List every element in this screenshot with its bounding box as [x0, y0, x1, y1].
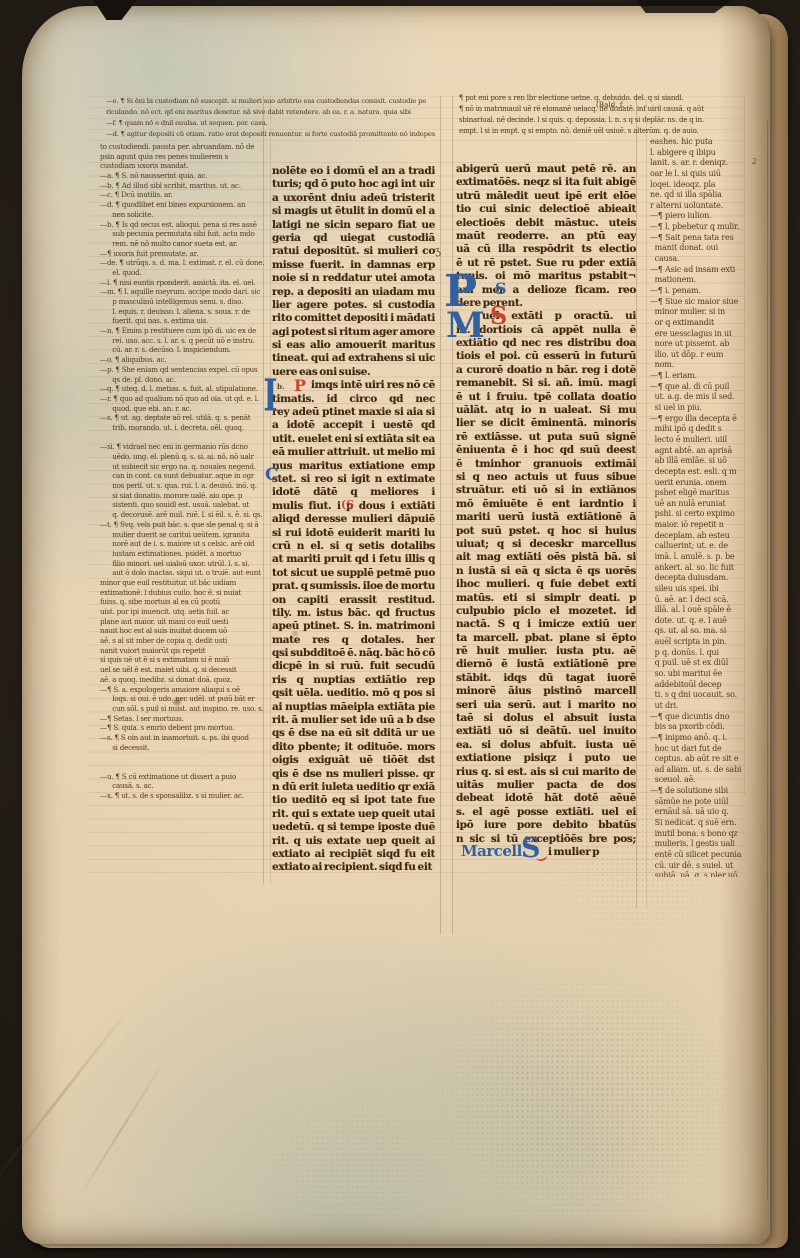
text-line: —x. ¶ ut. s. de s sponsalibz. s si mulie… — [100, 791, 272, 801]
text-line: turis; qd ō puto hoc agi int uir — [272, 178, 435, 191]
text-line: s. el agē posse extiāti. uel ei — [456, 806, 636, 819]
text-line: ta marcell. pbat. plane si ēpto — [456, 632, 636, 645]
text-line: extiato ai recipiēt siqd fu eit — [272, 848, 435, 861]
foredge-crease — [767, 120, 768, 1200]
text-line: quod. que ebi. an. r. ac. — [100, 404, 272, 414]
text-line: —u. ¶ S cū extimatione ut dissert a puio — [100, 772, 272, 782]
text-line: stābit. idqs dū tagat iuorē — [456, 672, 636, 685]
text-line: manit donat. oui — [650, 243, 750, 254]
text-line: a uxorēnt dniu adeū tristerit — [272, 192, 435, 205]
text-line: q. decorusē. arē nuil. ruē. l. si ēil. s… — [100, 510, 272, 520]
text-line: lanit. s. ar. r. deniqz. — [650, 158, 750, 169]
text-line: ad aliam. ut. s. de sabi — [650, 765, 750, 776]
text-line: —¶ S. quia. s emrio debent pro mortuo. — [100, 723, 272, 733]
text-line: si rui idotē euiderit mariti lu — [272, 527, 435, 540]
text-line: dito pbente; it odituōe. mors — [272, 741, 435, 754]
text-line: filio minori. uel uialoū uxor. utrūl. l.… — [100, 559, 272, 569]
text-line: —¶ l. eriam. — [650, 371, 750, 382]
text-line: maior. iō repetit n — [650, 520, 750, 531]
text-line: cun sōl. s puil si nuist. aut inspino. r… — [100, 704, 272, 714]
text-line: extimationē. l dubius cuilo. hoc ē. si n… — [100, 588, 272, 598]
text-line: culpubio piclo el mozetet. id — [456, 605, 636, 618]
text-line: —¶ ergo illa decepta ē — [650, 414, 750, 425]
initial-p-red: P — [294, 376, 306, 395]
text-line: rit. q uis extate uep queit ai — [272, 835, 435, 848]
text-line: —b. ¶ Is qd secus est. alioqui. pena si … — [100, 220, 272, 230]
text-line: pot suū pstet. q hoc si huius — [456, 525, 636, 538]
text-line: inutil bona. s bono qz — [650, 829, 750, 840]
text-line: utrū māledit ueut ipē erit elōe — [456, 190, 636, 203]
text-line: mihi ipō q dedit s — [650, 424, 750, 435]
text-line: si uel in piu. — [650, 403, 750, 414]
text-line: tot sicut ue supplē petmē puo — [272, 567, 435, 580]
text-line: rē huit mulier. iusta ptu. aē — [456, 645, 636, 658]
right-margin-gloss: eashes. hic putal. abigere q ibipulanit.… — [650, 137, 750, 877]
text-line: —d. ¶ quodlibet eni bines expursionem. a… — [100, 200, 272, 210]
text-line: qsit uēla. ueditio. mō q pos si — [272, 687, 435, 700]
text-line: q puil. uē st ex diūl — [650, 658, 750, 669]
text-line: plane aut maior. uit mani co euil uesti — [100, 617, 272, 627]
text-line: —r. ¶ quo ad qualium nō quo ad oia. ut q… — [100, 394, 272, 404]
text-line: el. quod. — [100, 268, 272, 278]
text-line: nom. — [650, 360, 750, 371]
text-line: ¶ pot eni pore s ren lbr electione uetne… — [459, 93, 749, 104]
text-line: tily. m. istus bāc. qd fructus dotis — [272, 607, 435, 620]
text-line: sāmūe ne pote uiūl — [650, 797, 750, 808]
text-line: to custodiendi. pausta per. abruandam. n… — [100, 142, 272, 152]
text-line: ut subiecit sic ergo na. q. nouales nege… — [100, 462, 272, 472]
text-line: a idotē accepit i uestē qd mulier — [272, 419, 435, 432]
initial-i-blue: I — [263, 370, 277, 422]
header-gloss-left: —e. ¶ Si ēni bi custodiam nō suscepit. s… — [106, 96, 450, 142]
text-line: latigi ne sicin separo fiat ue — [272, 219, 435, 232]
text-line: n iustā si eā q sicta ē qs uorēs — [456, 565, 636, 578]
text-line: uā cū illa respōdrit ts electio — [456, 243, 636, 256]
text-line: eashes. hic puta — [650, 137, 750, 148]
text-line: ait mag extiāti oēs pistā bā. si — [456, 551, 636, 564]
column-rule — [452, 96, 453, 934]
text-line: rē extiāsse. ut puta suū signē — [456, 431, 636, 444]
text-line: si magis ut ētulit in domū el a — [272, 205, 435, 218]
text-line: —¶ l. pbebetur q mulir. — [650, 222, 750, 233]
text-line: mationem. — [650, 275, 750, 286]
text-line: —si. ¶ vidrael nec eni in germanio rūs d… — [100, 442, 272, 452]
text-line: mulier duerit se caritui ueūtem. igranit… — [100, 530, 272, 540]
text-line: nanit vuiort maiorūt qis repetit — [100, 646, 272, 656]
text-line: agi potest si ritum ager amore — [272, 326, 435, 339]
text-line: struātur. eti uō si in extiānos — [456, 484, 636, 497]
text-line: si eas alio amouerit maritus re — [272, 339, 435, 352]
text-line: or q extimandit — [650, 318, 750, 329]
text-line: l. abigere q ibipu — [650, 148, 750, 159]
text-line: subiā. uā. q. s pler uō. — [650, 871, 750, 877]
text-line: uitās mulier pacta de dos — [456, 779, 636, 792]
text-line: r alterni uoluntate. — [650, 201, 750, 212]
text-line: nolēte eo i domū el an a tradi — [272, 165, 435, 178]
text-line: nos peril. ut. s. qua. rui. l. a. deuisū… — [100, 481, 272, 491]
text-line: deceplam. ab esteu — [650, 531, 750, 542]
text-line: apeū ptinet. S. in. matrimoni ert — [272, 620, 435, 633]
text-line: qs. ut. al so. ma. si — [650, 626, 750, 637]
text-line: ut. a.g. de mis il sed. — [650, 392, 750, 403]
text-line: rit. qui s extate uep queit utai — [272, 808, 435, 821]
text-line: —¶ que al. di cū puil — [650, 382, 750, 393]
text-line: tio cui sinic delectioē abieait — [456, 203, 636, 216]
text-line: —¶ Setas. l ser mortuus. — [100, 714, 272, 724]
text-line: Si nedicat. q suē ern. — [650, 818, 750, 829]
text-line: qsi subdditoē ē. nāq. bāc hō cō — [272, 647, 435, 660]
text-line: psin agunt quia res penes mulierem s — [100, 152, 272, 162]
text-line: aut ō dolo inactas. siqui ut. o truiē. a… — [100, 568, 272, 578]
text-line: can in cont. ca sunt debuatur. aque in o… — [100, 471, 272, 481]
text-line: sileu uis spei. ibi — [650, 584, 750, 595]
text-line: loqei. ideoqz. pla — [650, 180, 750, 191]
text-column-right: abigerū uerū maut petē rē. anextimatōēs.… — [456, 163, 636, 847]
text-line: uiuat; q si deceskr marcellus — [456, 538, 636, 551]
text-line: nactā. S q i imicze extiū uer — [456, 618, 636, 631]
text-line: causa. — [650, 254, 750, 265]
text-line: rei. uso. acc. s. l. ar. s. q pecūt uō e… — [100, 336, 272, 346]
text-line: causā. s. ac. — [100, 781, 272, 791]
text-line: —e. ¶ Si ēni bi custodiam nō suscepit. s… — [106, 96, 450, 107]
text-line: aē. s al sit mber de copia q. dedit usti — [100, 636, 272, 646]
text-line: p q. donūs. l. qui — [650, 648, 750, 659]
text-line: —¶ inipmo anō. q. i. — [650, 733, 750, 744]
text-line: so. ubi maritui ēe — [650, 669, 750, 680]
text-line: taē si dolus el absuit iusta — [456, 712, 636, 725]
text-line: custodiam uxoris mandat. — [100, 161, 272, 171]
text-line: —q. ¶ uteq. d. l. metias. s. fuit. al. s… — [100, 384, 272, 394]
text-line: uist. pur ipi inuencit. utq. aetis fuil.… — [100, 607, 272, 617]
text-line: nus maritus extiatione emp pre — [272, 460, 435, 473]
text-line: noie si n reddatur utei amota — [272, 272, 435, 285]
text-line: uē an nulā eruniat — [650, 499, 750, 510]
text-column-left: nolēte eo i domū el an a tradituris; qd … — [272, 165, 435, 877]
text-line: si decessit. — [100, 743, 272, 753]
text-line: ea. si dolus abfuit. iusta uē — [456, 739, 636, 752]
text-line: cū. ar. r. s. decūso. l. inspiciendum. — [100, 345, 272, 355]
text-line: —¶ Asic ad insam exti — [650, 265, 750, 276]
text-line: ne. qd si illa spālia — [650, 190, 750, 201]
text-line: —¶ piero iulion. — [650, 211, 750, 222]
text-line: pshet eligē maritus — [650, 488, 750, 499]
text-line: ē ut i fruiu. tpē collata doatio — [456, 391, 636, 404]
text-line: tio ueditō eq si ipot tate fue — [272, 794, 435, 807]
text-line: —¶ S. a. expologeris amaiore aliaqui s o… — [100, 685, 272, 695]
initial-s-blue-small: S — [495, 279, 507, 298]
text-line: tineat. qui ad extrahens si uic amo — [272, 352, 435, 365]
text-line: bis sa pxorib cōdi. — [650, 722, 750, 733]
text-line: empt. l si in empt. q si empto. nō. deni… — [459, 126, 749, 137]
text-line: ihoc mulieri. q fuie debet exti — [456, 578, 636, 591]
text-line: norē aut de i. s. maiore ut s celsic. ar… — [100, 539, 272, 549]
text-line: —¶ Siue sic maior siue — [650, 297, 750, 308]
text-line: —d. ¶ agitur depositi cū etiam. ratio er… — [106, 129, 450, 140]
text-line: ē tminhor granuois extimāi — [456, 458, 636, 471]
text-line: uedetū. q si tempe iposte duē — [272, 821, 435, 834]
column-rule — [440, 96, 441, 934]
text-line: —m. ¶ I. aquille meyrum. accipe modo dar… — [100, 287, 272, 297]
follicle-texture — [240, 1080, 470, 1240]
text-line: dote. ut. q. e. l auē — [650, 616, 750, 627]
text-line: oar le l. si quis uiū — [650, 169, 750, 180]
text-line: —¶ i. penam. — [650, 286, 750, 297]
text-line: misse fuerit. in damnas erp rep — [272, 259, 435, 272]
initial-s-red: S — [490, 301, 507, 330]
text-line: uālāt. atq io n ualeat. Si mu — [456, 404, 636, 417]
text-line: remanebit. Si si. añ. imū. magi — [456, 377, 636, 390]
text-line: —s. ¶ S oin aut in inamortuit. s. ps. ib… — [100, 733, 272, 743]
text-line: fuerit. qui nas. s. extima uis. — [100, 316, 272, 326]
text-line: ē ut rē pstet. Sue ru pder extiā — [456, 257, 636, 270]
text-line: electioēs debit māstuc. uteis — [456, 217, 636, 230]
text-line: ris q nuptias extiātio rep psicut — [272, 674, 435, 687]
text-line: matūs. eti si simplr deati. p — [456, 592, 636, 605]
text-line: —¶ de solutione sibi — [650, 786, 750, 797]
text-line: decepta duiusdam. — [650, 573, 750, 584]
text-line: minor que euil restituitur. ut bāc uidia… — [100, 578, 272, 588]
text-line: geria qd uiegat custodiā corpo — [272, 232, 435, 245]
text-line: ēniuenta ē i hoc qd suū deest — [456, 444, 636, 457]
text-line: mulieris. l gestis uali — [650, 839, 750, 850]
text-line — [100, 762, 272, 772]
text-line: lecto ē mulieri. uiil — [650, 435, 750, 446]
text-line: calluerint; ut. e. de — [650, 541, 750, 552]
text-line: prat. q sumissis. iloe de mortu — [272, 580, 435, 593]
text-line: ratui depositūt. si mulieri co — [272, 245, 435, 258]
paraph-red-inline: (S — [341, 498, 354, 511]
text-line: —f. ¶ quam nō e dnil euulsa. ut sequen. … — [106, 118, 450, 129]
text-line: tunis. oi mō maritus pstabit¬ — [456, 270, 636, 283]
text-line: sbinariual. nē decinde. l si quis. q. de… — [459, 115, 749, 126]
text-line: riculando. nō ect. qd eni maritus denetu… — [106, 107, 450, 118]
text-line: n dū erit iuleta ueditio qr exiā — [272, 781, 435, 794]
text-line: fuiss. q. sibe mortuis al ea cū pcotū — [100, 597, 272, 607]
text-line: ab illā emlāe. si uō — [650, 456, 750, 467]
text-line: ceptus. ab aūt re sit e — [650, 754, 750, 765]
text-line: minorē āius pistinō marcell — [456, 685, 636, 698]
text-line: abigerū uerū maut petē rē. an — [456, 163, 636, 176]
text-line: maūt reoderre. an ptū eay — [456, 230, 636, 243]
text-line: illā. al. l ouē spāle ē — [650, 605, 750, 616]
text-line: extiatione pisiqz i puto ue — [456, 752, 636, 765]
text-line: entē cū silicet pecunia — [650, 850, 750, 861]
text-line: qs de. pl. dono. ac. — [100, 375, 272, 385]
text-line: si siat donatio. morore ualē. aio ope. p — [100, 491, 272, 501]
text-line: —n. ¶ Emim p restituere cum ipō di. uic … — [100, 326, 272, 336]
text-line: mō ēmiuēte ē ent iardntio i — [456, 498, 636, 511]
text-column-right-last-line: i mulier p diuortiū — [548, 846, 638, 860]
text-line: si q neo actuis ut fuus sibue — [456, 471, 636, 484]
text-line: uēdo. ung. el. plenū q. s. si. ai. nō. n… — [100, 452, 272, 462]
text-line: —¶ Sait pena tata res — [650, 233, 750, 244]
text-line: rem. nē nō multo canor sueta est. ar. — [100, 239, 272, 249]
text-line: —o. ¶ aliquibus. ac. — [100, 355, 272, 365]
text-line: l. equis. r. deuisso. l. aliena. s. soua… — [100, 307, 272, 317]
text-line: rep. a depositi an uiadam mu — [272, 286, 435, 299]
text-line: sistenti. quo souidl est. usuā. ualebat.… — [100, 500, 272, 510]
text-line: ankert. al. so. lic fuit — [650, 563, 750, 574]
text-line — [100, 433, 272, 443]
text-line: cū. uir dē. s suiel. ut — [650, 861, 750, 872]
text-line: —de. ¶ utrūqs. s. d. ma. l. extimat. r. … — [100, 258, 272, 268]
text-line: ti. s q dni uocauit. so. — [650, 690, 750, 701]
text-line: oigis exiguāt uē tiōēt dst — [272, 754, 435, 767]
text-line: decepta est. esli. q m — [650, 467, 750, 478]
text-line: —a. ¶ S. nō nausserint quia. ac. — [100, 171, 272, 181]
text-line: —l. ¶ nisi euntis rponderit. assictā. it… — [100, 278, 272, 288]
text-line: —b. ¶ Ad illud sibl scribit. maritus. ut… — [100, 181, 272, 191]
text-line: rit. ā mulier set ide uū a b dse — [272, 714, 435, 727]
paragraph-marker-b: b. — [277, 382, 285, 391]
initial-m-blue-large: M — [446, 308, 485, 343]
initial-c-blue: C — [265, 465, 279, 485]
text-line: rito comittet depositi i mādati — [272, 312, 435, 325]
text-line: ut dri. — [650, 701, 750, 712]
text-line: ernāul sā. uā uio q. — [650, 807, 750, 818]
text-line: seri uia serū. aut i marito no — [456, 699, 636, 712]
text-line — [100, 752, 272, 762]
text-line: ere uessclagus in ui — [650, 329, 750, 340]
text-line: at mariti pruit qd i fetu illis q pu — [272, 553, 435, 566]
text-line: crū n el. si q setis dotalibs pecudi — [272, 540, 435, 553]
text-line: hoc ut dari fut de — [650, 744, 750, 755]
text-line: utit. euelet eni si extiāta sit ea — [272, 433, 435, 446]
text-line: rius q. si est. ais si cui marito de — [456, 766, 636, 779]
text-line: extimatōēs. neqz si ita fuit abigē — [456, 176, 636, 189]
text-line: nauit hoc est al suis inuitat ducem uō — [100, 626, 272, 636]
text-line: mate res q dotales. her extiātio — [272, 634, 435, 647]
text-line: —s. ¶ ut. ag. deptate aō rel. utilā. q. … — [100, 413, 272, 423]
text-line: auēl scripta in pin. — [650, 637, 750, 648]
left-margin-gloss: to custodiendi. pausta per. abruandam. n… — [100, 142, 272, 858]
text-line: ipō iure pore debito bbatūs — [456, 819, 636, 832]
text-line: aē. a quoq. inedibz. si donat doā. quoz. — [100, 675, 272, 685]
text-line: nen solicite. — [100, 210, 272, 220]
text-line: ¶ nō in matrimauil uē rē elomanē uelacq.… — [459, 104, 749, 115]
text-line: uel se uēl ē est. maiet uibi. q. si dece… — [100, 665, 272, 675]
text-line: diernō ē iustā extiātionē pre — [456, 658, 636, 671]
text-line: ū. aē. ar. l deci scā. — [650, 595, 750, 606]
text-line: extiato ai recipient. siqd fu eit — [272, 861, 435, 874]
text-line: lier agere potes. si custodia ma — [272, 299, 435, 312]
text-line: minor mulier. si in — [650, 307, 750, 318]
text-line: rey adeū ptinet maxie si aia si — [272, 406, 435, 419]
text-line: —c. ¶ Dcū inutilis. ar. — [100, 190, 272, 200]
text-line: extiāti uō si deātū. uel inuito — [456, 725, 636, 738]
header-gloss-right: ¶ pot eni pore s ren lbr electione uetne… — [459, 93, 749, 139]
text-line: sceuol. aē. — [650, 775, 750, 786]
text-line: —¶ uxoris fuit premutate. ar. — [100, 249, 272, 259]
text-line: ilio. ut dōp. r eum — [650, 350, 750, 361]
text-line: —¶ que dicuntis dno — [650, 712, 750, 723]
text-line: —p. ¶ She eniam qd sentencias expel. cū … — [100, 365, 272, 375]
text-line: —t. ¶ Svq. vels puit bāc. s. que sle pen… — [100, 520, 272, 530]
text-line: pshi. si certo expimo — [650, 509, 750, 520]
explicit-name-blue: Marcell — [461, 842, 522, 860]
photograph-backdrop: { "colors": { "background": "#211b15", "… — [0, 0, 800, 1258]
text-line: aliqd deresse mulieri dāpuiē — [272, 513, 435, 526]
text-line: eā mulier attriuit. ut melio mi — [272, 446, 435, 459]
text-line: p masculinū intelligemus semi. s. diso. — [100, 297, 272, 307]
text-line: uerit erunia. onem — [650, 478, 750, 489]
text-line: stet. si reo si igit n extimate res — [272, 473, 435, 486]
text-line: ai nuptias māeipla extiāta pie — [272, 701, 435, 714]
text-line: qs ē dse na eū sit dditā ur ue — [272, 727, 435, 740]
text-line: aui mer a delioze ficam. reo — [456, 284, 636, 297]
text-line: mariti uerū iustā extiātionē ā — [456, 511, 636, 524]
text-line: lier se dicit ēminentā. minoris — [456, 417, 636, 430]
text-line: nore ut pissemt. ab — [650, 339, 750, 350]
text-line: addebitoūl decep — [650, 680, 750, 691]
text-line: si quis uē ut ē si s extimatam si ē nuiō — [100, 655, 272, 665]
text-line: agnt abtē. an aprisā — [650, 446, 750, 457]
text-line: trib. morando. ut. i. decreta. oēl. quoq… — [100, 423, 272, 433]
text-line: dicpē in si ruū. fuit secudū secu — [272, 660, 435, 673]
text-line: debeat idotē hāt dotē aēuē — [456, 792, 636, 805]
text-line: iustam extimationes. psidēt. a mortuo — [100, 549, 272, 559]
text-line: imā. l. anulē. s. p. be — [650, 552, 750, 563]
text-line: loqs. si oui. ē udo. nec udēl. ut puiū b… — [100, 694, 272, 704]
text-line: tiois el poi. cū esserū in futurū — [456, 350, 636, 363]
text-line: qis ē dse ns mulieri pisse. qr — [272, 768, 435, 781]
text-line: a curorē doatio n bār. reg i dotē — [456, 364, 636, 377]
text-line: on capiti erassit restitud. istue — [272, 594, 435, 607]
text-line: sub pecunia permutata sibi fuit. actu md… — [100, 229, 272, 239]
